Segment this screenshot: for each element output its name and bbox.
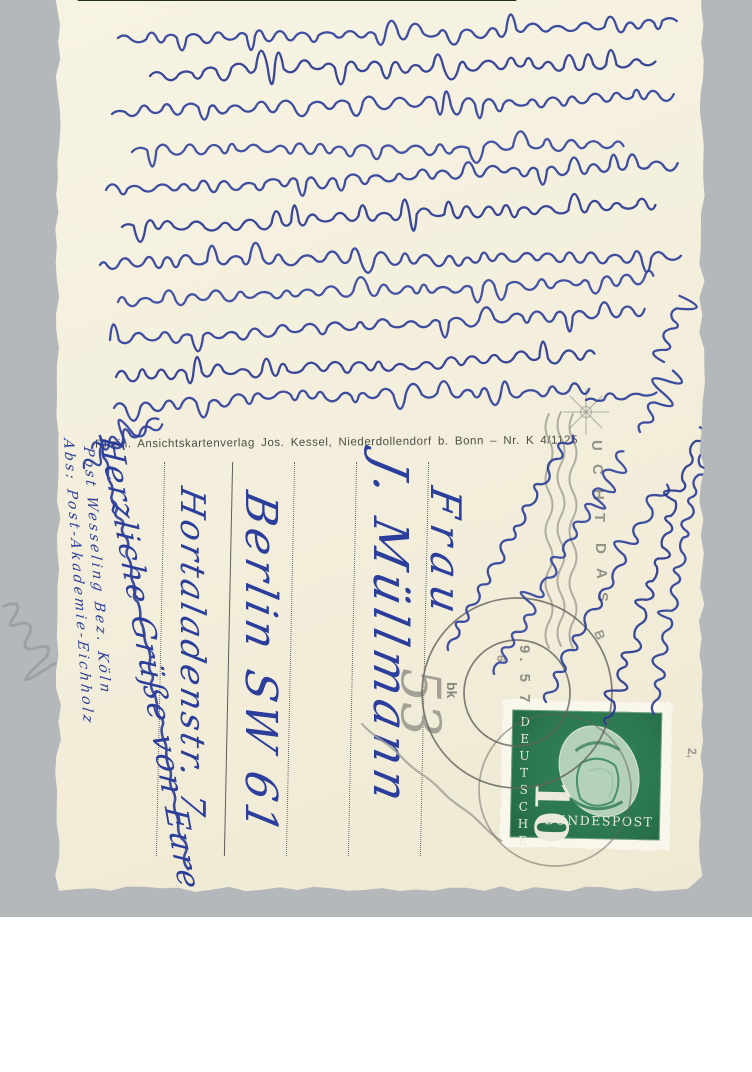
stamp-vignette: DEUTSCHE 10 BUNDESPOST: [510, 709, 663, 840]
svg-text:9. 5 7: 9. 5 7: [516, 645, 533, 707]
svg-text:A: A: [593, 568, 610, 579]
address-name: J. Müllmann: [362, 452, 418, 812]
address-salutation: Frau: [421, 483, 470, 625]
postage-stamp: DEUTSCHE 10 BUNDESPOST: [498, 698, 673, 852]
postcard-scan: Rhein. Ansichtskartenverlag Jos. Kessel,…: [0, 0, 752, 917]
svg-text:B: B: [591, 628, 608, 642]
address-rule-2: [224, 462, 233, 856]
svg-text:6: 6: [494, 655, 508, 662]
svg-text:S: S: [594, 592, 611, 602]
scan-edge-strip: [77, 0, 517, 1]
address-rule-3: [286, 462, 295, 856]
svg-text:H: H: [590, 489, 607, 500]
postcard: Rhein. Ansichtskartenverlag Jos. Kessel,…: [55, 0, 705, 892]
pencil-note: 53: [389, 668, 452, 737]
stamp-post-word: BUNDESPOST: [538, 812, 660, 830]
svg-text:D: D: [592, 543, 609, 554]
address-rule-4: [348, 462, 357, 856]
address-city: Berlin SW 61: [235, 487, 286, 841]
svg-text:C: C: [589, 464, 606, 475]
svg-text:2,: 2,: [685, 748, 699, 758]
publisher-imprint: Rhein. Ansichtskartenverlag Jos. Kessel,…: [95, 433, 695, 450]
svg-text:T: T: [591, 513, 608, 522]
